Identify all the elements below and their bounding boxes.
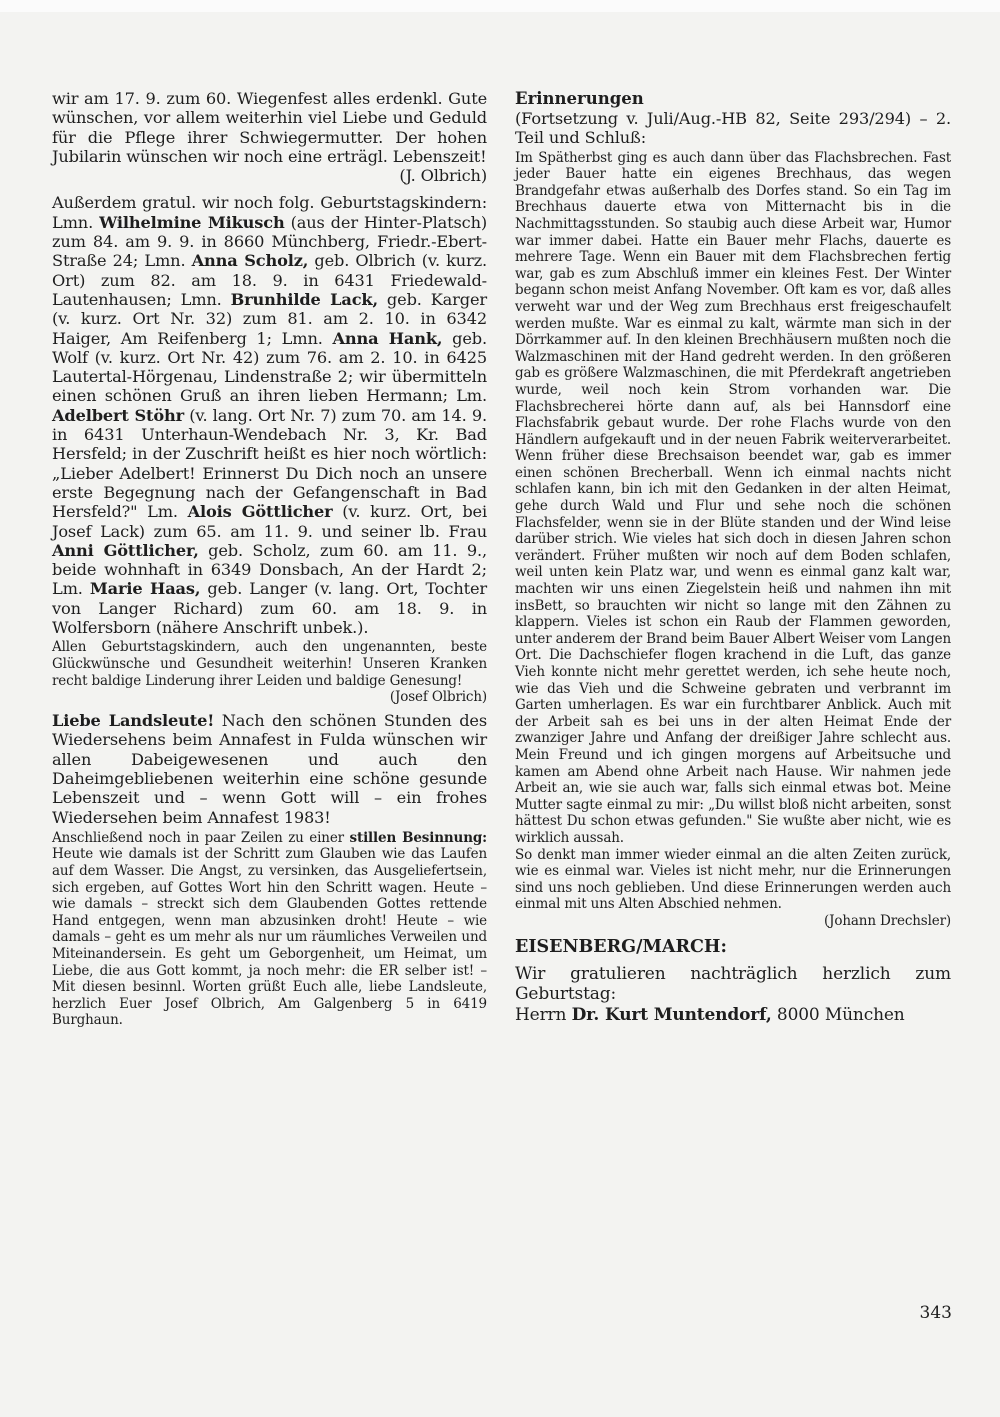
reflection-paragraph: Anschließend noch in paar Zeilen zu eine…: [52, 830, 487, 1029]
left-column: wir am 17. 9. zum 60. Wiegenfest alles e…: [52, 89, 487, 1029]
person-name: Alois Göttlicher: [188, 502, 333, 521]
page-number: 343: [900, 1303, 952, 1323]
person-name: Anna Hank,: [332, 329, 442, 348]
wishes-text: Allen Geburtstagskindern, auch den ungen…: [52, 639, 487, 688]
section-heading-eisenberg: EISENBERG/MARCH:: [515, 936, 951, 958]
wishes-signature: (Josef Olbrich): [390, 689, 487, 706]
person-name: Marie Haas,: [90, 579, 200, 598]
eisenberg-text: Wir gratulieren nachträglich herzlich zu…: [515, 964, 951, 1005]
article-title: Erinnerungen: [515, 89, 951, 109]
article-subtitle: (Fortsetzung v. Juli/Aug.-HB 82, Seite 2…: [515, 109, 951, 148]
person-name: Anni Göttlicher,: [52, 541, 199, 560]
greeting-paragraph: Liebe Landsleute! Nach den schönen Stund…: [52, 711, 487, 827]
page-top-edge: [0, 0, 1000, 12]
person-name: Anna Scholz,: [192, 251, 309, 270]
reflection-heading: stillen Besinnung:: [350, 830, 487, 846]
article-body: Im Spätherbst ging es auch dann über das…: [515, 150, 951, 847]
eisenberg-honoree: Herrn Dr. Kurt Muntendorf, 8000 München: [515, 1005, 951, 1026]
birthday-list-paragraph: Außerdem gratul. wir noch folg. Geburtst…: [52, 193, 487, 637]
text-run: 8000 München: [772, 1005, 905, 1025]
right-column: Erinnerungen (Fortsetzung v. Juli/Aug.-H…: [515, 89, 951, 1025]
article-signature: (Johann Drechsler): [515, 913, 951, 930]
intro-signature: (J. Olbrich): [52, 166, 487, 185]
intro-paragraph: wir am 17. 9. zum 60. Wiegenfest alles e…: [52, 89, 487, 166]
person-name: Adelbert Stöhr: [52, 406, 184, 425]
person-name: Brunhilde Lack,: [231, 290, 378, 309]
text-run: Anschließend noch in paar Zeilen zu eine…: [52, 830, 350, 846]
person-name: Wilhelmine Mikusch: [99, 213, 285, 232]
person-name: Dr. Kurt Muntendorf,: [572, 1005, 772, 1025]
article-closing: So denkt man immer wieder einmal an die …: [515, 847, 951, 913]
text-run: Heute wie damals ist der Schritt zum Gla…: [52, 846, 487, 1028]
greeting-lead: Liebe Landsleute!: [52, 711, 214, 730]
text-run: Herrn: [515, 1005, 572, 1025]
wishes-paragraph: Allen Geburtstagskindern, auch den ungen…: [52, 639, 487, 689]
